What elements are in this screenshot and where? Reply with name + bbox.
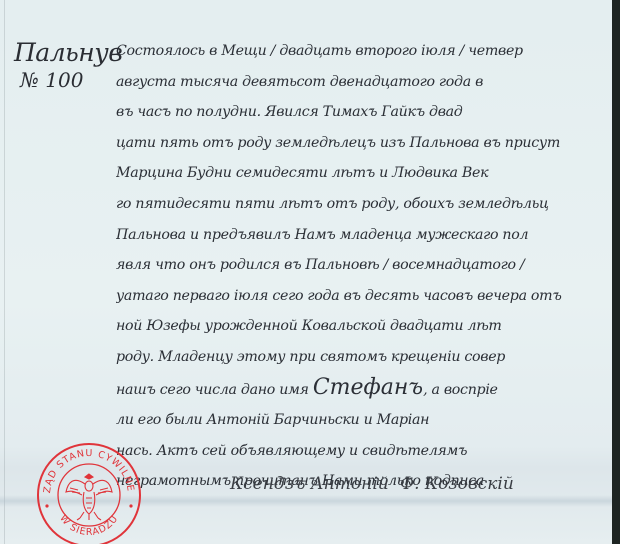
signature-left: Ксендзъ Антоній	[230, 474, 389, 494]
record-line: Состоялось в Мещи / двадцать второго іюл…	[116, 36, 608, 67]
record-line: Марцина Будни семидесяти лѣтъ и Людвика …	[116, 158, 608, 189]
official-stamp: URZĄD STANU CYWILNEGO W SIERADZU	[34, 440, 144, 544]
eagle-emblem-icon	[66, 474, 112, 520]
record-line: роду. Младенцу этому при святомъ крещені…	[116, 342, 608, 373]
scan-edge-left	[4, 0, 5, 544]
scan-edge-right	[612, 0, 620, 544]
record-line-given-name: нашъ сего числа дано имя Стефанъ, а восп…	[116, 373, 608, 406]
record-line: авгуcта тысяча девятьсот двенадцатого го…	[116, 67, 608, 98]
record-line: нась. Актъ сей объявляющему и свидѣтелям…	[116, 436, 608, 467]
record-line: явля что онъ родился въ Пальновѣ / восем…	[116, 250, 608, 281]
given-name: Стефанъ	[313, 375, 423, 400]
record-line: уатаго перваго іюля сего года въ десять …	[116, 281, 608, 312]
stamp-icon: URZĄD STANU CYWILNEGO W SIERADZU	[34, 440, 144, 544]
record-line: Пальнова и предъявилъ Намъ младенца муже…	[116, 220, 608, 251]
signature-right: Ф. Козовскій	[400, 474, 514, 494]
record-line: го пятидесяти пяти лѣтъ отъ роду, обоихъ…	[116, 189, 608, 220]
record-line: ной Юзефы урожденной Ковальской двадцати…	[116, 311, 608, 342]
margin-note: Пальнув № 100	[14, 38, 122, 92]
record-line-tail: , а воспріе	[423, 382, 498, 398]
document-page: Пальнув № 100 Состоялось в Мещи / двадца…	[0, 0, 620, 544]
record-line: цати пять отъ роду земледѣлецъ изъ Пальн…	[116, 128, 608, 159]
margin-surname: Пальнув	[14, 38, 122, 68]
record-line: ли его были Антоній Барчиньски и Маріан	[116, 405, 608, 436]
record-line-text: нашъ сего числа дано имя	[116, 382, 309, 398]
record-line: въ часъ по полудни. Явился Тимахъ Гайкъ …	[116, 97, 608, 128]
record-body: Состоялось в Мещи / двадцать второго іюл…	[116, 36, 608, 497]
act-number: № 100	[20, 68, 122, 92]
